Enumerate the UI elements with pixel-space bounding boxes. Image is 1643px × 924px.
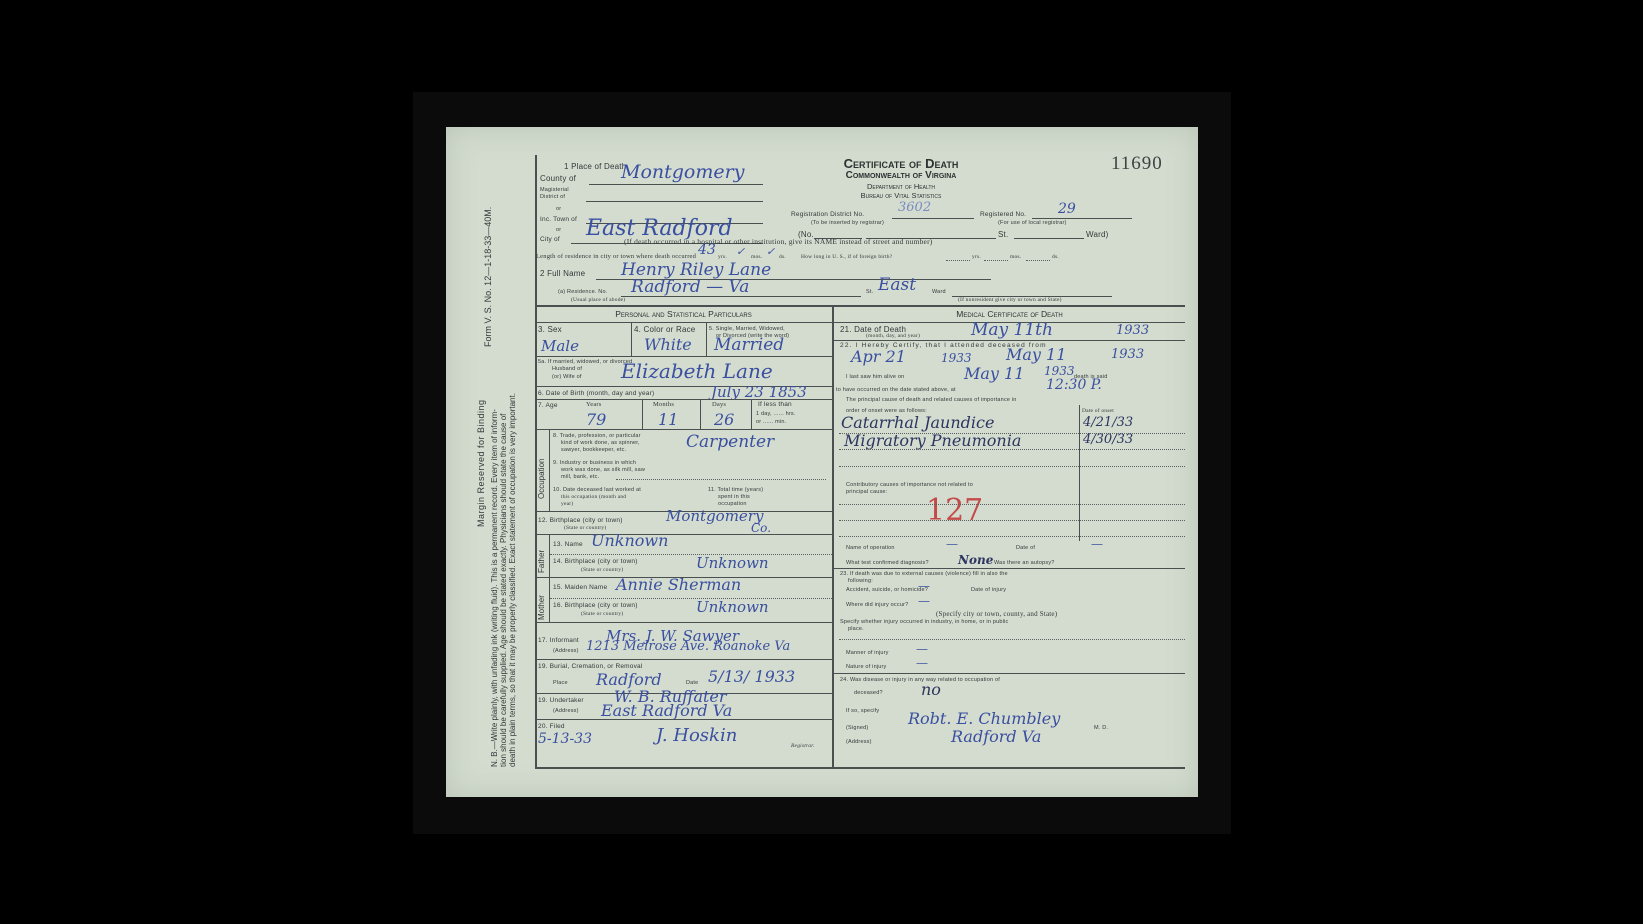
instructions-line-2: tion should be carefully supplied. Age s… (499, 414, 508, 767)
attended-to-year[interactable]: 1933 (1111, 347, 1144, 362)
personal-header: Personal and Statistical Particulars (535, 309, 832, 319)
residence-value[interactable]: Radford — Va (631, 277, 749, 297)
marital-value[interactable]: Married (714, 335, 784, 355)
county-label: County of (540, 174, 576, 183)
burial-date-value[interactable]: 5/13/ 1933 (708, 667, 795, 686)
race-value[interactable]: White (644, 335, 692, 354)
form-number: Form V. S. No. 12—1-18-33—40M. (483, 207, 493, 347)
occupation-side-label: Occupation (537, 459, 546, 499)
medical-header: Medical Certificate of Death (834, 309, 1185, 319)
industry-field[interactable] (616, 479, 826, 480)
registrar-signature[interactable]: J. Hoskin (656, 725, 737, 746)
residence-street[interactable]: East (878, 275, 916, 295)
informant-address[interactable]: 1213 Melrose Ave. Roanoke Va (586, 639, 790, 654)
cause-2[interactable]: Migratory Pneumonia (844, 431, 1021, 450)
residence-years[interactable]: 43 (698, 242, 716, 258)
physician-signature[interactable]: Robt. E. Chumbley (908, 709, 1060, 728)
undertaker-address[interactable]: East Radford Va (601, 701, 732, 720)
registration-district-value[interactable]: 3602 (898, 200, 931, 215)
certificate-title: Certificate of Death (791, 156, 1011, 171)
attended-from-year[interactable]: 1933 (941, 351, 972, 365)
instructions-line-3: death in plain terms, so that it may be … (508, 393, 517, 767)
age-days[interactable]: 26 (714, 410, 734, 429)
column-divider (832, 305, 834, 767)
occupation-value[interactable]: Carpenter (686, 432, 774, 452)
department: Department of Health (791, 182, 1011, 191)
attended-to[interactable]: May 11 (1006, 345, 1066, 364)
date-of-death-value[interactable]: May 11th (971, 320, 1053, 340)
date-of-death-year[interactable]: 1933 (1116, 323, 1149, 338)
bottom-border (535, 767, 1185, 769)
time-of-death[interactable]: 12:30 P. (1046, 377, 1102, 393)
last-saw-value[interactable]: May 11 (964, 364, 1024, 383)
birthplace-state[interactable]: Co. (751, 521, 771, 535)
magisterial-field[interactable] (586, 201, 763, 202)
certificate-number: 11690 (1111, 153, 1163, 175)
hospital-note: (If death occurred in a hospital or othe… (624, 237, 932, 246)
cause-1-onset[interactable]: 4/21/33 (1083, 415, 1133, 430)
father-birthplace-value[interactable]: Unknown (696, 554, 769, 572)
age-years[interactable]: 79 (586, 410, 606, 429)
physician-address[interactable]: Radford Va (951, 727, 1041, 746)
occupation-related-value[interactable]: no (921, 680, 941, 699)
contributory-code: 127 (926, 493, 983, 528)
death-certificate: Form V. S. No. 12—1-18-33—40M. Margin Re… (446, 127, 1198, 797)
place-of-death-label: 1 Place of Death (564, 162, 626, 171)
cause-2-onset[interactable]: 4/30/33 (1083, 432, 1133, 447)
county-value[interactable]: Montgomery (621, 161, 744, 183)
registered-no-value[interactable]: 29 (1058, 201, 1076, 217)
mother-birthplace-value[interactable]: Unknown (696, 598, 769, 616)
certificate-subtitle: Commonwealth of Virgina (791, 170, 1011, 181)
attended-from[interactable]: Apr 21 (851, 347, 906, 366)
father-side-label: Father (537, 550, 546, 573)
birthplace-value[interactable]: Montgomery (666, 507, 763, 525)
test-value[interactable]: None (958, 553, 993, 567)
bureau: Bureau of Vital Statistics (791, 191, 1011, 200)
full-name-label: 2 Full Name (540, 269, 585, 278)
mother-side-label: Mother (537, 595, 546, 620)
filed-date[interactable]: 5-13-33 (538, 731, 592, 747)
father-name-value[interactable]: Unknown (591, 531, 668, 550)
spouse-value[interactable]: Elizabeth Lane (621, 359, 773, 383)
age-months[interactable]: 11 (658, 410, 678, 429)
mother-name-value[interactable]: Annie Sherman (616, 575, 741, 594)
last-saw-year[interactable]: 1933 (1044, 364, 1075, 378)
sex-value[interactable]: Male (541, 337, 579, 355)
margin-note: Margin Reserved for Binding (476, 399, 486, 527)
cause-1[interactable]: Catarrhal Jaundice (841, 413, 994, 432)
instructions-line-1: N. B.—Write plainly, with unfading ink (… (490, 409, 499, 767)
